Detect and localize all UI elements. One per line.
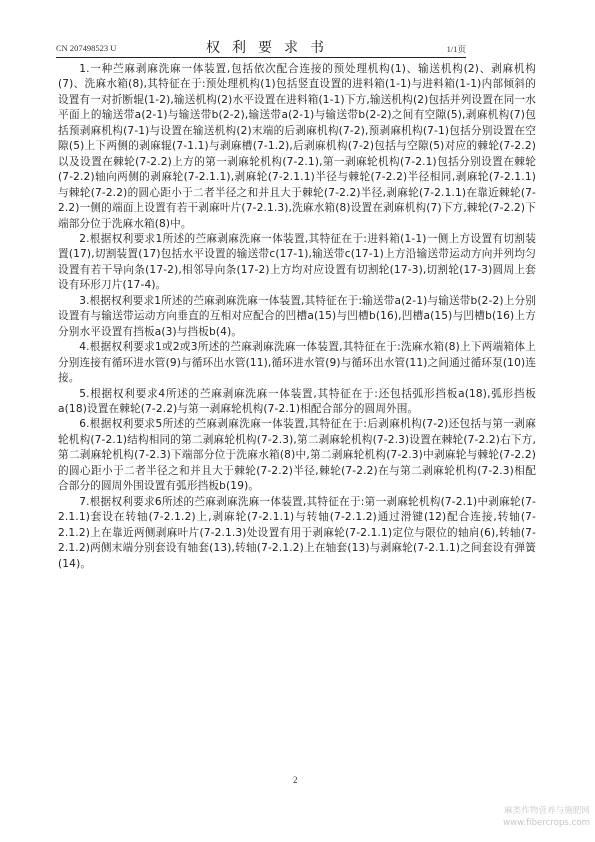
watermark: 麻类作物营养与施肥网 www.fibercrops.com bbox=[470, 805, 590, 829]
header-rule bbox=[56, 57, 466, 58]
claim-4: 4.根据权利要求1或2或3所述的苎麻剥麻洗麻一体装置,其特征在于:洗麻水箱(8)… bbox=[58, 340, 536, 386]
document-header: CN 207498523 U 权利要求书 1/1页 bbox=[56, 40, 466, 56]
claim-1: 1.一种苎麻剥麻洗麻一体装置,包括依次配合连接的预处理机构(1)、输送机构(2)… bbox=[58, 62, 536, 232]
claim-6: 6.根据权利要求5所述的苎麻剥麻洗麻一体装置,其特征在于:后剥麻机构(7-2)还… bbox=[58, 417, 536, 494]
claim-5: 5.根据权利要求4所述的苎麻剥麻洗麻一体装置,其特征在于:还包括弧形挡板a(18… bbox=[58, 387, 536, 418]
page-number: 2 bbox=[293, 775, 298, 785]
claims-body: 1.一种苎麻剥麻洗麻一体装置,包括依次配合连接的预处理机构(1)、输送机构(2)… bbox=[58, 62, 536, 572]
watermark-url: www.fibercrops.com bbox=[470, 817, 590, 829]
document-title: 权利要求书 bbox=[206, 37, 336, 57]
claim-2: 2.根据权利要求1所述的苎麻剥麻洗麻一体装置,其特征在于:进料箱(1-1)一侧上… bbox=[58, 232, 536, 294]
publication-number: CN 207498523 U bbox=[56, 43, 116, 53]
claim-7: 7.根据权利要求6所述的苎麻剥麻洗麻一体装置,其特征在于:第一剥麻轮机构(7-2… bbox=[58, 495, 536, 572]
watermark-site-name: 麻类作物营养与施肥网 bbox=[470, 805, 590, 817]
claim-3: 3.根据权利要求1所述的苎麻剥麻洗麻一体装置,其特征在于:输送带a(2-1)与输… bbox=[58, 294, 536, 340]
page-indicator: 1/1页 bbox=[447, 43, 466, 55]
